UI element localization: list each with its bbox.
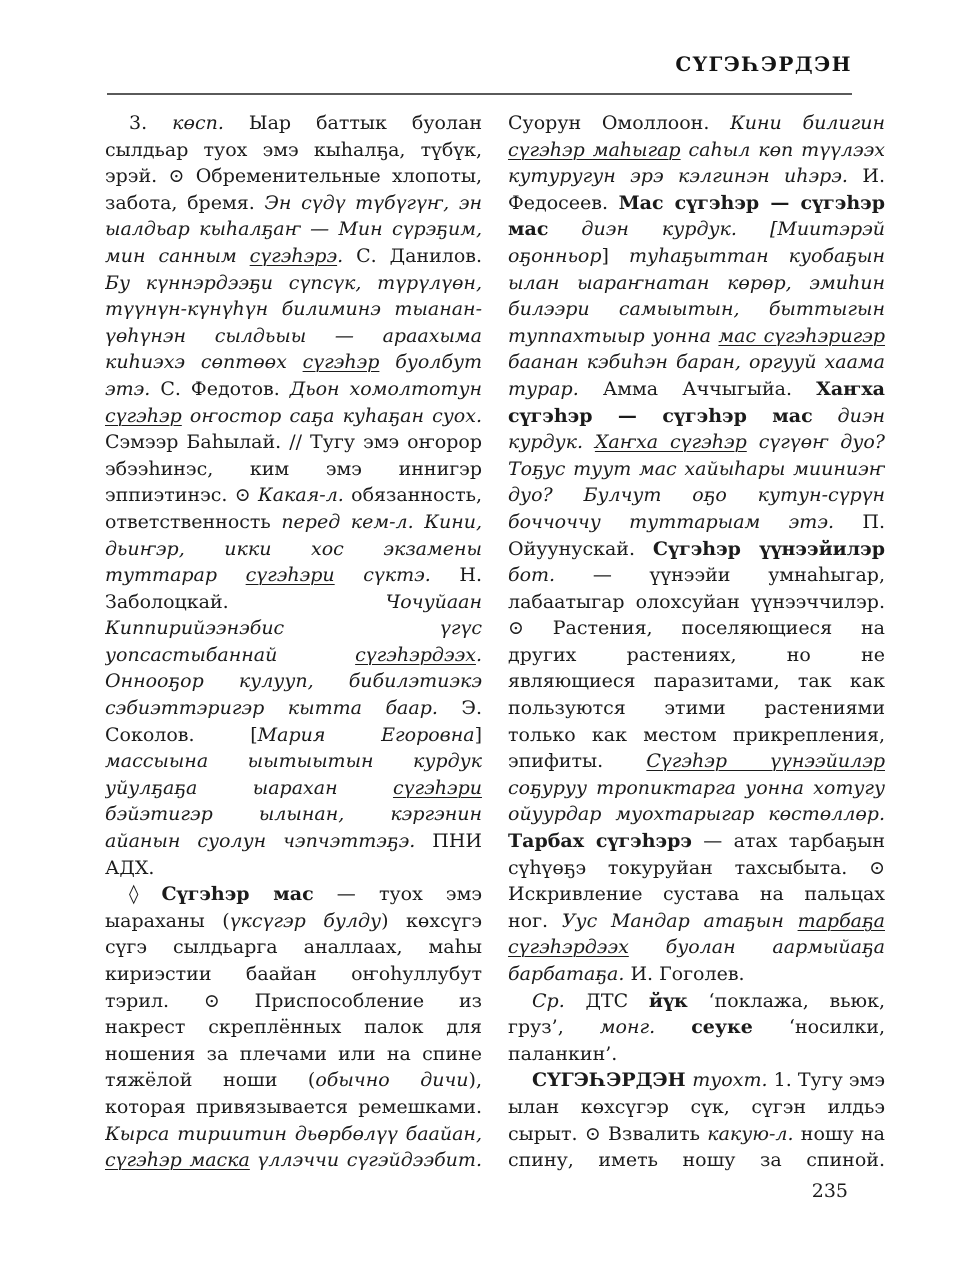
text-segment: сүгэһэр маһыгар — [508, 139, 681, 161]
text-segment: Хаҥха сүгэһэр — [595, 431, 747, 453]
text-segment: Сүгэһэр үүнээйилэр — [653, 538, 885, 560]
text-segment: Уус Мандар атаҕын — [562, 910, 798, 932]
text-segment: оҥостор саҕа куһаҕан суох. — [182, 405, 482, 427]
text-segment: 3. — [129, 112, 172, 134]
text-segment: сүгэһэр — [105, 405, 182, 427]
text-segment: Какая-л. — [258, 484, 344, 506]
text-segment: ] — [475, 724, 482, 746]
text-segment: Кини билигин — [730, 112, 885, 134]
text-segment: Сүгэһэр үүнээйилэр — [646, 750, 885, 772]
text-segment: сүгэһэрдээх — [355, 644, 476, 666]
header-rule — [107, 93, 852, 95]
text-segment: сеуке — [691, 1016, 753, 1038]
entry-paragraph: Ср. ДТС йүк ‘поклажа, вьюк, груз’, монг.… — [508, 988, 885, 1068]
text-segment: Дьон хомолтотун — [290, 378, 482, 400]
text-segment: перед кем-л. — [281, 511, 424, 533]
text-segment: — үүнээйи умнаһыгар, лабаатыгар олохсуйа… — [508, 564, 885, 772]
text-segment: диэн курдук. [ — [548, 218, 777, 240]
text-segment: бот. — [508, 564, 555, 586]
text-segment: сүгэһэри — [246, 564, 335, 586]
text-segment: сүгэһэр — [303, 351, 380, 373]
text-segment: бэйэтигэр ылынан, кэргэнин айанын суолун… — [105, 803, 482, 852]
running-head: СҮГЭҺЭРДЭН — [675, 52, 852, 76]
text-segment: Суорун Омоллоон. — [508, 112, 730, 134]
text-segment: И. Гоголев. — [630, 963, 744, 985]
text-segment: йүк — [649, 990, 688, 1012]
text-segment: сүгэһэр маска — [105, 1149, 250, 1171]
text-segment: . — [337, 245, 356, 267]
text-segment: мас сүгэһэригэр — [718, 325, 885, 347]
text-segment: какую-л. — [707, 1123, 793, 1145]
text-segment: сүгэһэрэ — [250, 245, 337, 267]
text-segment: ◊ — [129, 883, 162, 905]
text-segment: Ср. — [532, 990, 585, 1012]
text-segment: Мария Егоровна — [258, 724, 475, 746]
text-segment: туохт. — [692, 1069, 773, 1091]
text-segment: обычно дичи — [315, 1069, 468, 1091]
text-segment: үллэччи сүгэйдээбит. — [250, 1149, 482, 1171]
page-number: 235 — [812, 1180, 848, 1202]
text-segment: сүктэ. — [335, 564, 460, 586]
dictionary-page: СҮГЭҺЭРДЭН 3. көсп. Ыар баттык буолан сы… — [0, 0, 959, 1274]
text-segment: СҮГЭҺЭРДЭН — [532, 1069, 692, 1091]
text-segment: көсп. — [172, 112, 249, 134]
text-segment: Кырса тириитин дьөрбөлүү баайан, — [105, 1123, 482, 1145]
text-segment: Тарбах сүгэһэрэ — [508, 830, 692, 852]
text-segment: С. Данилов. — [356, 245, 482, 267]
text-segment: Сүгэһэр мас — [162, 883, 314, 905]
text-segment: үксүгэр булду — [230, 910, 381, 932]
text-segment: Амма Аччыгыйа. — [603, 378, 816, 400]
text-segment: ДТС — [585, 990, 648, 1012]
entry-text-columns: 3. көсп. Ыар баттык буолан сылдьар туох … — [105, 110, 885, 1176]
text-segment: ] — [602, 245, 629, 267]
text-segment: ) көхсүгэ сүгэ сылдьарга аналлаах, маһы … — [105, 910, 482, 1092]
text-segment: сүгэһэри — [393, 777, 482, 799]
entry-paragraph: 3. көсп. Ыар баттык буолан сылдьар туох … — [105, 110, 482, 881]
text-segment: монг. — [600, 1016, 691, 1038]
text-segment: С. Федотов. — [160, 378, 289, 400]
text-segment: соҕуруу тропиктарга уонна хотугу ойуурда… — [508, 777, 885, 826]
